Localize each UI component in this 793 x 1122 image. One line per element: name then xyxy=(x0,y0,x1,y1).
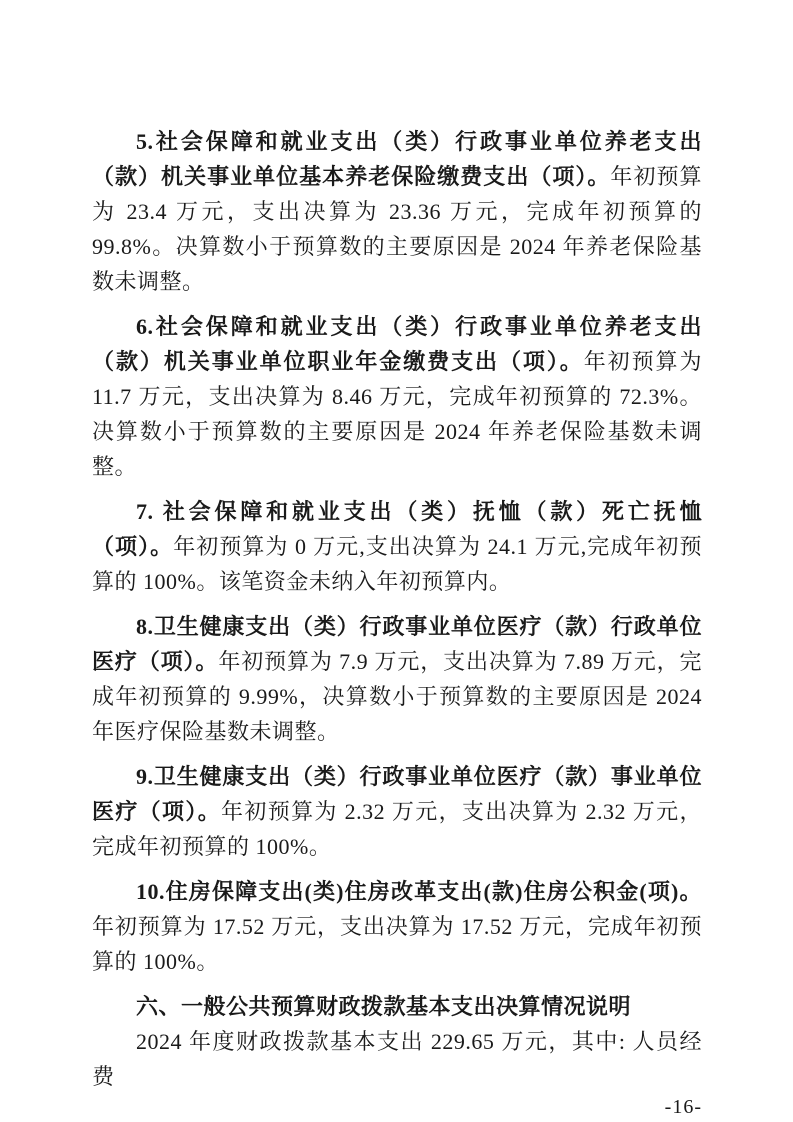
budget-item-lead: 10.住房保障支出(类)住房改革支出(款)住房公积金(项)。 xyxy=(136,879,702,904)
page-number: -16- xyxy=(92,1095,702,1119)
budget-item-paragraph-7: 7. 社会保障和就业支出（类）抚恤（款）死亡抚恤（项）。年初预算为 0 万元,支… xyxy=(92,494,702,599)
document-page: 5.社会保障和就业支出（类）行政事业单位养老支出（款）机关事业单位基本养老保险缴… xyxy=(0,0,793,1122)
section-heading: 六、一般公共预算财政拨款基本支出决算情况说明 xyxy=(92,989,702,1024)
budget-item-paragraph-8: 8.卫生健康支出（类）行政事业单位医疗（款）行政单位医疗（项）。年初预算为 7.… xyxy=(92,609,702,749)
budget-item-body: 年初预算为 0 万元,支出决算为 24.1 万元,完成年初预算的 100%。该笔… xyxy=(92,534,702,594)
budget-item-paragraph-9: 9.卫生健康支出（类）行政事业单位医疗（款）事业单位医疗（项）。年初预算为 2.… xyxy=(92,759,702,864)
budget-item-body: 年初预算为 17.52 万元，支出决算为 17.52 万元，完成年初预算的 10… xyxy=(92,914,702,974)
budget-item-paragraph-6: 6.社会保障和就业支出（类）行政事业单位养老支出（款）机关事业单位职业年金缴费支… xyxy=(92,309,702,484)
closing-paragraph: 2024 年度财政拨款基本支出 229.65 万元，其中: 人员经费 xyxy=(92,1024,702,1094)
budget-item-paragraph-10: 10.住房保障支出(类)住房改革支出(款)住房公积金(项)。年初预算为 17.5… xyxy=(92,874,702,979)
budget-item-paragraph-5: 5.社会保障和就业支出（类）行政事业单位养老支出（款）机关事业单位基本养老保险缴… xyxy=(92,124,702,299)
